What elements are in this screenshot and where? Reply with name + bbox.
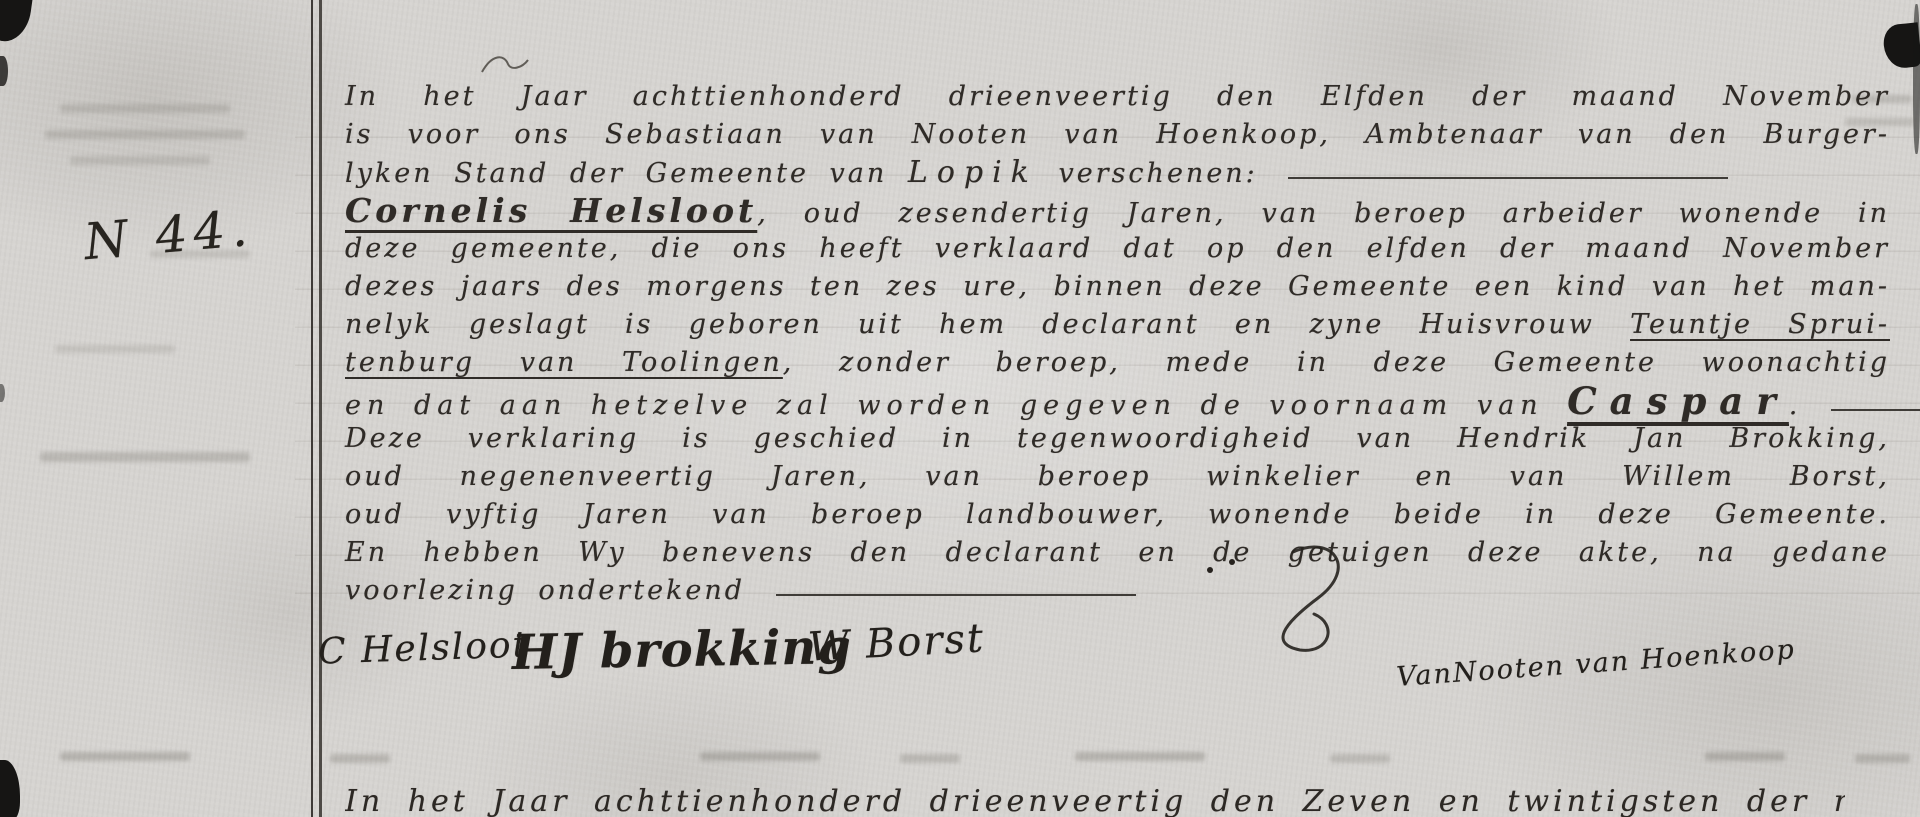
ink-rule <box>1831 409 1920 411</box>
bleedthrough-mark <box>900 754 960 763</box>
act-line: oud negenenveertig Jaren, van beroep win… <box>345 458 1890 496</box>
margin-rule-line-right <box>319 0 322 817</box>
handwriting-text: Lopik <box>908 155 1038 190</box>
handwriting-text: tenburg van Toolingen <box>345 347 783 378</box>
act-line: Deze verklaring is geschied in tegenwoor… <box>345 420 1890 458</box>
bleedthrough-mark <box>55 345 175 353</box>
signature-witness-borst: W Borst <box>807 615 986 670</box>
act-line: En hebben Wy benevens den declarant en d… <box>345 534 1890 572</box>
scan-corner-mark-topleft <box>0 0 33 44</box>
act-line: In het Jaar achttienhonderd drieenveerti… <box>345 78 1890 116</box>
bleedthrough-mark <box>700 752 820 761</box>
signature-declarant: C Helsloot <box>317 624 529 672</box>
bleedthrough-mark <box>70 156 210 165</box>
handwriting-text: is voor ons Sebastiaan van Nooten van Ho… <box>345 119 1890 150</box>
handwriting-text: deze gemeente, die ons heeft verklaard d… <box>345 233 1890 264</box>
bleedthrough-mark <box>1855 754 1910 763</box>
ink-squiggle-mark <box>478 52 532 78</box>
scan-edge-mark <box>1913 4 1920 154</box>
next-record-fragment: In het Jaar achttienhonderd drieenveerti… <box>345 784 1845 817</box>
handwriting-text: en dat aan hetzelve zal worden gegeven d… <box>345 390 1567 421</box>
scanned-register-page: N 44. In het Jaar achttienhonderd drieen… <box>0 0 1920 817</box>
scan-edge-mark <box>0 56 8 86</box>
act-line: voorlezing ondertekend <box>345 572 1890 610</box>
handwriting-text: oud vyftig Jaren van beroep landbouwer, … <box>345 499 1890 530</box>
signature-witness-brokking: HJ brokking <box>512 619 853 681</box>
handwriting-text: , zonder beroep, mede in deze Gemeente w… <box>783 347 1890 378</box>
handwriting-text: . <box>1789 390 1821 421</box>
ink-flourish <box>1198 540 1388 665</box>
act-line: Cornelis Helsloot, oud zesendertig Jaren… <box>345 192 1890 230</box>
act-line: deze gemeente, die ons heeft verklaard d… <box>345 230 1890 268</box>
bleedthrough-mark <box>1075 752 1205 761</box>
handwriting-text: nelyk geslagt is geboren uit hem declara… <box>345 309 1630 340</box>
bleedthrough-mark <box>40 452 250 462</box>
handwriting-text: verschenen: <box>1038 158 1279 189</box>
handwriting-text: lyken Stand der Gemeente van <box>345 158 908 189</box>
bleedthrough-mark <box>60 752 190 761</box>
bleedthrough-mark <box>1705 752 1785 761</box>
act-line: en dat aan hetzelve zal worden gegeven d… <box>345 382 1890 420</box>
act-line: is voor ons Sebastiaan van Nooten van Ho… <box>345 116 1890 154</box>
record-number: N 44. <box>82 199 256 272</box>
margin-rule-line-left <box>311 0 313 817</box>
handwriting-text: Cornelis Helsloot <box>345 191 757 233</box>
act-line: tenburg van Toolingen, zonder beroep, me… <box>345 344 1890 382</box>
act-line: oud vyftig Jaren van beroep landbouwer, … <box>345 496 1890 534</box>
handwriting-text: voorlezing ondertekend <box>345 575 766 606</box>
handwriting-text: En hebben Wy benevens den declarant en d… <box>345 537 1890 568</box>
bleedthrough-mark <box>330 754 390 763</box>
bleedthrough-mark <box>45 130 245 139</box>
scan-edge-mark <box>0 384 5 402</box>
act-line: lyken Stand der Gemeente van Lopik versc… <box>345 154 1890 192</box>
bleedthrough-mark <box>60 104 230 113</box>
act-line: dezes jaars des morgens ten zes ure, bin… <box>345 268 1890 306</box>
handwriting-text: Teuntje Sprui- <box>1630 309 1890 340</box>
handwriting-text: dezes jaars des morgens ten zes ure, bin… <box>345 271 1890 302</box>
handwriting-text: In het Jaar achttienhonderd drieenveerti… <box>345 81 1890 112</box>
ink-rule <box>776 594 1136 596</box>
act-body-text: In het Jaar achttienhonderd drieenveerti… <box>345 78 1890 610</box>
ink-rule <box>1288 177 1728 179</box>
handwriting-text: Deze verklaring is geschied in tegenwoor… <box>345 423 1890 454</box>
bleedthrough-mark <box>1330 754 1390 763</box>
signature-registrar: VanNooten van Hoenkoop <box>1395 634 1796 693</box>
handwriting-text: Caspar <box>1567 379 1789 426</box>
handwriting-text: oud negenenveertig Jaren, van beroep win… <box>345 461 1890 492</box>
handwriting-text: , oud zesendertig Jaren, van beroep arbe… <box>757 198 1890 229</box>
scan-corner-mark-bottomleft <box>0 760 20 817</box>
act-line: nelyk geslagt is geboren uit hem declara… <box>345 306 1890 344</box>
